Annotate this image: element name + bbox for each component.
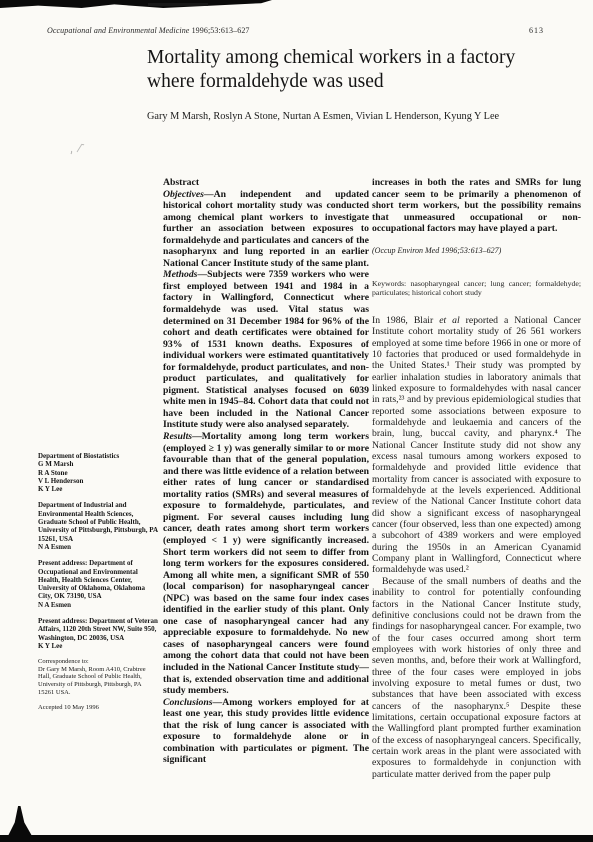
affiliation-block: Department of Industrial and Environment… [38,501,159,551]
journal-page: Occupational and Environmental Medicine … [0,0,593,842]
affiliation-names: N A Esmen [38,543,159,551]
journal-name: Occupational and Environmental Medicine [47,26,189,35]
abstract-objectives-text: —An independent and updated historical c… [163,189,369,269]
affiliation-block: Present address: Department of Occupatio… [38,559,159,609]
introduction-text: In 1986, Blair et al reported a National… [372,315,581,780]
abstract-results-label: Results [163,431,192,442]
journal-citation-numbers: 1996;53:613–627 [189,26,249,35]
abstract-column: Abstract Objectives—An independent and u… [163,177,369,797]
pen-mark [68,141,86,157]
affiliation-block: Department of Biostatistics G M Marsh R … [38,452,159,493]
intro-paragraph-1: In 1986, Blair et al reported a National… [372,315,581,576]
abstract-continuation: increases in both the rates and SMRs for… [372,177,581,235]
article-title: Mortality among chemical workers in a fa… [147,46,567,93]
affiliation-names: N A Esmen [38,601,159,609]
affiliation-heading: Department of Biostatistics [38,452,159,460]
intro-p1-etal: et al [439,315,460,326]
citation-line: (Occup Environ Med 1996;53:613–627) [372,246,581,256]
abstract-objectives: Objectives—An independent and updated hi… [163,189,369,270]
abstract-objectives-label: Objectives [163,189,204,200]
abstract-methods: Methods—Subjects were 7359 workers who w… [163,269,369,431]
intro-paragraph-2: Because of the small numbers of deaths a… [372,576,581,780]
affiliation-heading: Present address: Department of Veteran A… [38,617,159,642]
second-column: increases in both the rates and SMRs for… [372,177,581,797]
scan-artifact-bottom-spike [8,806,32,836]
abstract-conclusions: Conclusions—Among workers employed for a… [163,697,369,766]
intro-p1-pre: In 1986, Blair [372,315,439,326]
correspondence-note: Correspondence to: Dr Gary M Marsh, Room… [38,658,159,696]
page-number: 613 [529,26,544,35]
scan-artifact-bottom [0,835,593,842]
affiliation-sidebar: Department of Biostatistics G M Marsh R … [38,452,159,720]
affiliation-names: G M Marsh R A Stone V L Henderson K Y Le… [38,460,159,493]
abstract-methods-text: —Subjects were 7359 workers who were fir… [163,269,369,430]
abstract-conclusions-label: Conclusions [163,697,213,708]
affiliation-names: K Y Lee [38,642,159,650]
abstract-results-text: —Mortality among long term workers (empl… [163,431,369,696]
abstract-methods-label: Methods [163,269,197,280]
scan-artifact-top [0,0,272,8]
affiliation-block: Present address: Department of Veteran A… [38,617,159,650]
author-list: Gary M Marsh, Roslyn A Stone, Nurtan A E… [147,111,577,122]
keywords-line: Keywords: nasopharyngeal cancer; lung ca… [372,279,581,298]
intro-p1-post: reported a National Cancer Institute coh… [372,315,581,576]
accepted-date: Accepted 10 May 1996 [38,704,159,712]
affiliation-heading: Present address: Department of Occupatio… [38,559,159,600]
abstract-results: Results—Mortality among long term worker… [163,431,369,697]
affiliation-heading: Department of Industrial and Environment… [38,501,159,542]
scan-artifact-top-streak [148,3,208,6]
journal-header-line: Occupational and Environmental Medicine … [47,26,250,35]
abstract-heading: Abstract [163,177,369,189]
